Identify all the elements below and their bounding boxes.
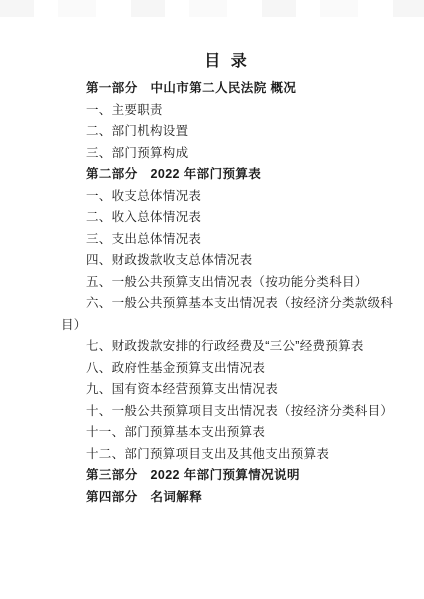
toc-item-table-7: 七、财政拨款安排的行政经费及“三公”经费预算表 — [61, 336, 391, 358]
toc-item-table-2: 二、收入总体情况表 — [61, 207, 391, 229]
toc-item-table-5: 五、一般公共预算支出情况表（按功能分类科目） — [61, 272, 391, 294]
toc-item-table-6-line2: 目） — [61, 315, 391, 337]
toc-section-part4: 第四部分 名词解释 — [61, 487, 391, 509]
scan-artifact-band — [0, 0, 424, 17]
toc-content: 目 录 第一部分 中山市第二人民法院 概况 一、主要职责 二、部门机构设置 三、… — [0, 52, 424, 508]
toc-section-part1: 第一部分 中山市第二人民法院 概况 — [61, 78, 391, 100]
toc-item-table-10: 十、一般公共预算项目支出情况表（按经济分类科目） — [61, 401, 391, 423]
toc-list: 第一部分 中山市第二人民法院 概况 一、主要职责 二、部门机构设置 三、部门预算… — [61, 78, 391, 508]
toc-item-table-12: 十二、部门预算项目支出及其他支出预算表 — [61, 444, 391, 466]
toc-item-table-9: 九、国有资本经营预算支出情况表 — [61, 379, 391, 401]
toc-item-table-11: 十一、部门预算基本支出预算表 — [61, 422, 391, 444]
toc-title: 目 录 — [61, 52, 391, 72]
toc-item-table-1: 一、收支总体情况表 — [61, 186, 391, 208]
document-page: 目 录 第一部分 中山市第二人民法院 概况 一、主要职责 二、部门机构设置 三、… — [0, 0, 424, 599]
toc-item-budget-makeup: 三、部门预算构成 — [61, 143, 391, 165]
toc-section-part2: 第二部分 2022 年部门预算表 — [61, 164, 391, 186]
toc-item-main-duties: 一、主要职责 — [61, 100, 391, 122]
toc-item-table-8: 八、政府性基金预算支出情况表 — [61, 358, 391, 380]
toc-item-table-3: 三、支出总体情况表 — [61, 229, 391, 251]
toc-section-part3: 第三部分 2022 年部门预算情况说明 — [61, 465, 391, 487]
toc-item-org-structure: 二、部门机构设置 — [61, 121, 391, 143]
toc-item-table-6-line1: 六、一般公共预算基本支出情况表（按经济分类款级科 — [61, 293, 391, 315]
toc-item-table-4: 四、财政拨款收支总体情况表 — [61, 250, 391, 272]
